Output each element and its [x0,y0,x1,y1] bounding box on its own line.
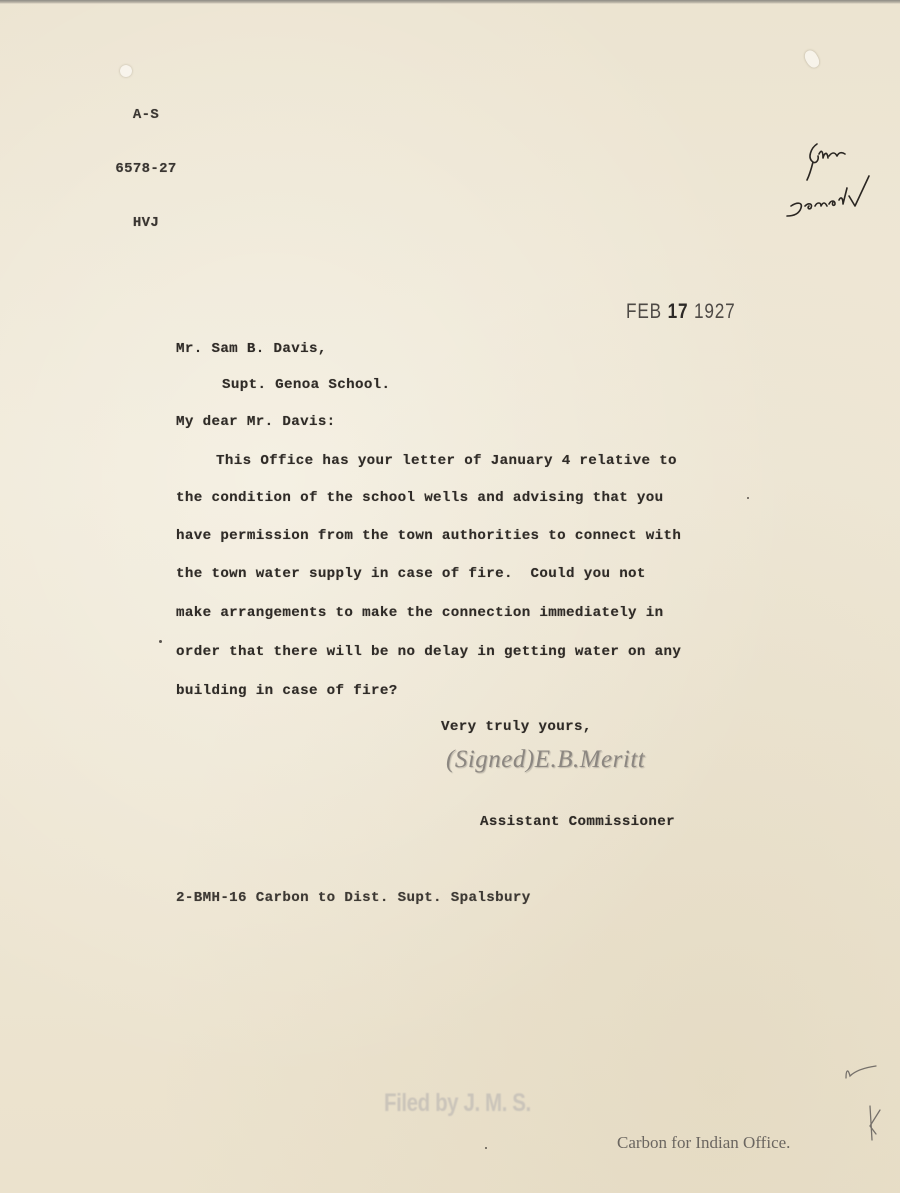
body-line: the town water supply in case of fire. C… [176,566,646,582]
closing: Very truly yours, [441,719,592,735]
addressee-title: Supt. Genoa School. [222,377,390,393]
body-line: order that there will be no delay in get… [176,644,681,660]
reference-line-1: A-S [106,106,186,124]
salutation: My dear Mr. Davis: [176,414,336,430]
date-day: 17 [668,300,689,323]
addressee-name: Mr. Sam B. Davis, [176,341,327,357]
signature-stamp: (Signed)E.B.Meritt [446,746,645,774]
pencil-k-mark-icon [862,1104,886,1144]
paper-speck [747,497,749,499]
date-year: 1927 [694,300,736,323]
handwritten-annotation-icon [785,140,885,225]
reference-code-block: A-S 6578-27 HVJ [106,70,186,250]
page-top-edge [0,0,900,4]
body-line: make arrangements to make the connection… [176,605,664,621]
paper-speck [485,1147,487,1149]
pencil-check-mark-icon [842,1062,882,1082]
paper-speck [159,640,162,643]
body-line: building in case of fire? [176,683,398,699]
filed-stamp: Filed by J. M. S. [384,1089,531,1118]
reference-line-2: 6578-27 [106,160,186,178]
body-line: This Office has your letter of January 4… [216,453,677,469]
body-line: have permission from the town authoritie… [176,528,681,544]
reference-line-3: HVJ [106,214,186,232]
signer-title: Assistant Commissioner [480,814,675,830]
date-stamp: FEB 17 1927 [626,300,736,324]
body-line: the condition of the school wells and ad… [176,490,664,506]
carbon-note: Carbon for Indian Office. [617,1133,790,1153]
carbon-copy-line: 2-BMH-16 Carbon to Dist. Supt. Spalsbury [176,890,531,906]
date-month: FEB [626,300,662,323]
